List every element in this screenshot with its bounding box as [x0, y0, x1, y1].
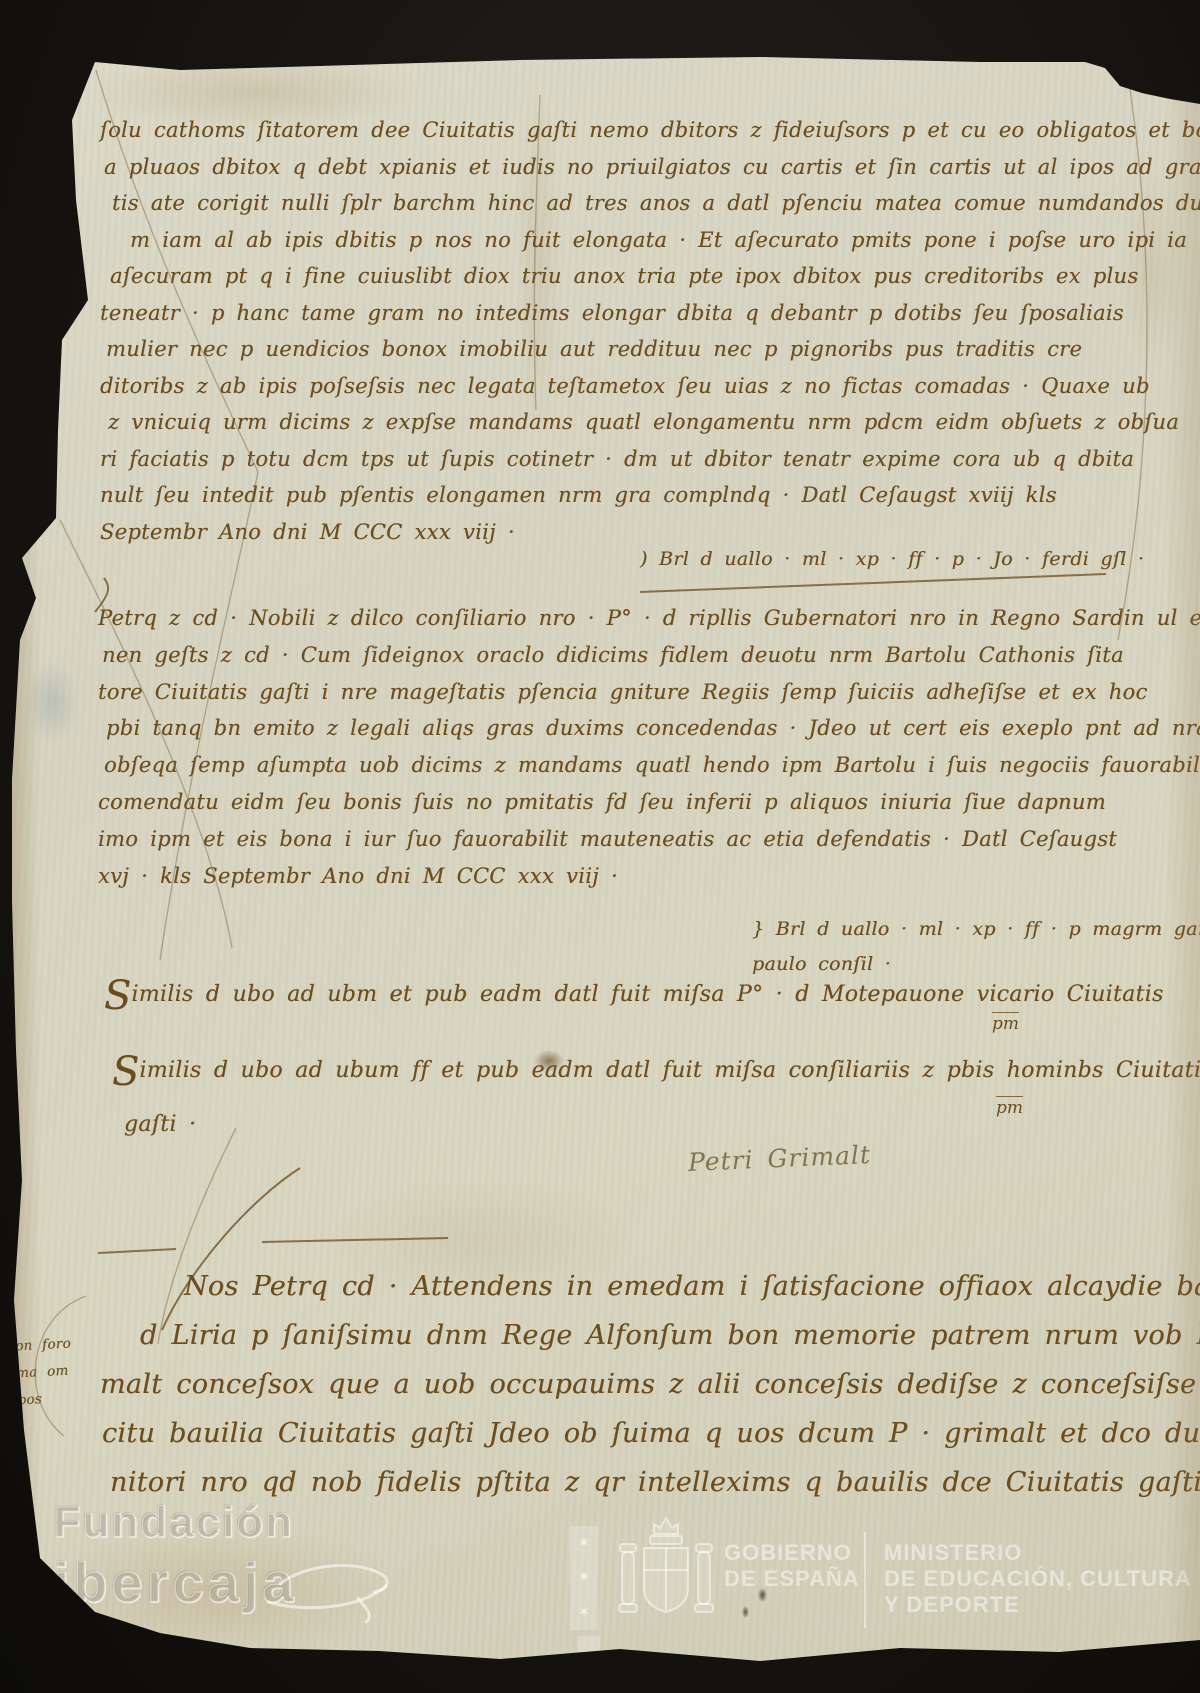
ink-speck	[742, 1606, 749, 1618]
star-icon: ✶	[579, 1570, 590, 1585]
watermark-gobierno-de-espana: GOBIERNO DE ESPAÑA	[724, 1540, 860, 1592]
manuscript-text-line: mulier nec p uendicios bonox imobiliu au…	[106, 331, 1110, 368]
age-stain	[24, 660, 80, 744]
idem-mark-2: pm	[996, 1096, 1023, 1118]
archive-photo-stage: ſolu cathoms ſitatorem dee Ciuitatis gaſ…	[0, 0, 1200, 1693]
registration-text: imilis d ubo ad ubum ff et pub eadm datl…	[139, 1058, 1200, 1083]
gobierno-line2: DE ESPAÑA	[724, 1566, 860, 1592]
pen-dash	[98, 1248, 176, 1254]
watermark-divider	[864, 1532, 866, 1628]
manuscript-text-line: ri faciatis p totu dcm tps ut ſupis coti…	[100, 441, 1110, 478]
manuscript-text-line: } Brl d uallo · ml · xp · ff · p magrm g…	[752, 912, 1200, 947]
star-icon: ✶	[579, 1536, 590, 1551]
manuscript-text-line: pos	[17, 1385, 75, 1415]
manuscript-text-line: obſeqa ſemp aſumpta uob dicims z mandams…	[104, 747, 1113, 784]
spain-coat-of-arms-icon	[614, 1512, 718, 1636]
signature-petri-grimalt: Petri Grimalt	[687, 1140, 871, 1177]
paragraph-commendatitia: Petrq z cd · Nobili z dilco conſiliario …	[98, 600, 1113, 894]
ministerio-line3: Y DEPORTE	[884, 1592, 1192, 1618]
manuscript-page: ſolu cathoms ſitatorem dee Ciuitatis gaſ…	[0, 0, 1200, 1693]
decorated-initial: S	[112, 1049, 139, 1095]
manuscript-text-line: imo ipm et eis bona i iur ſuo fauorabili…	[98, 821, 1113, 858]
manuscript-text-line: ditoribs z ab ipis poſseſsis nec legata …	[100, 368, 1110, 405]
ink-speck	[758, 1588, 767, 1602]
manuscript-text-line: nen geſts z cd · Cum ſideignox oraclo di…	[102, 637, 1113, 674]
manuscript-text-line: a pluaos dbitox q debt xpianis et iudis …	[104, 149, 1110, 186]
manuscript-text-line: teneatr · p hanc tame gram no intedims e…	[100, 295, 1110, 332]
manuscript-text-line: ) Brl d uallo · ml · xp · ff · p · Jo · …	[640, 548, 1144, 570]
registration-text: imilis d ubo ad ubm et pub eadm datl fui…	[131, 982, 1163, 1007]
idem-mark-1: pm	[992, 1012, 1019, 1034]
manuscript-text-line: citu bauilia Ciuitatis gaſti Jdeo ob ſui…	[102, 1409, 1186, 1458]
manuscript-text-line: ma om	[15, 1358, 73, 1388]
ministerio-line1: MINISTERIO	[884, 1540, 1192, 1566]
margin-note: pn foroma ompos	[14, 1331, 75, 1415]
decorated-initial: S	[104, 973, 131, 1019]
manuscript-text-line: nitori nro qd nob fidelis pſtita z qr in…	[110, 1458, 1186, 1507]
ibercaja-swoosh-icon	[262, 1550, 402, 1628]
manuscript-text-line: xvj · kls Septembr Ano dni M CCC xxx vii…	[98, 858, 1113, 895]
manuscript-text-line: tis ate corigit nulli ſplr barchm hinc a…	[112, 185, 1110, 222]
manuscript-text-line: pn foro	[14, 1331, 72, 1361]
manuscript-text-line: z vnicuiq urm dicims z expſse mandams qu…	[108, 404, 1110, 441]
manuscript-text-line: nult ſeu intedit pub pſentis elongamen n…	[100, 477, 1110, 514]
manuscript-text-line: paulo conſil ·	[752, 947, 1200, 982]
manuscript-text-line: comendatu eidm ſeu bonis ſuis no pmitati…	[98, 784, 1113, 821]
registration-note-2: Similis d ubo ad ubum ff et pub eadm dat…	[112, 1058, 1200, 1083]
paragraph-elongamentum: ſolu cathoms ſitatorem dee Ciuitatis gaſ…	[100, 112, 1110, 550]
ministerio-line2: DE EDUCACIÓN, CULTURA	[884, 1566, 1192, 1592]
eu-flag-element-base	[578, 1636, 600, 1652]
manuscript-text-line: m iam al ab ipis dbitis p nos no fuit el…	[130, 222, 1110, 259]
manuscript-text-line: Petrq z cd · Nobili z dilco conſiliario …	[98, 600, 1113, 637]
manuscript-text-line: d Liria p ſaniſsimu dnm Rege Alfonſum bo…	[140, 1311, 1186, 1360]
notary-subscription-1: ) Brl d uallo · ml · xp · ff · p · Jo · …	[640, 548, 1144, 570]
manuscript-text-line: malt conceſsox que a uob occupauims z al…	[100, 1360, 1186, 1409]
gobierno-line1: GOBIERNO	[724, 1540, 860, 1566]
manuscript-text-line: aſecuram pt q i fine cuiuslibt diox triu…	[110, 258, 1110, 295]
eu-flag-element: ✶ ✶ ✶	[570, 1526, 598, 1630]
manuscript-text-line: pbi tanq bn emito z legali aliqs gras du…	[106, 710, 1113, 747]
star-icon: ✶	[579, 1605, 590, 1620]
manuscript-text-line: ſolu cathoms ſitatorem dee Ciuitatis gaſ…	[100, 112, 1110, 149]
registration-note-2-catchword: gaſti ·	[124, 1112, 196, 1137]
registration-note-1: Similis d ubo ad ubm et pub eadm datl fu…	[104, 982, 1164, 1007]
paragraph-nos-petrus: Nos Petrq cd · Attendens in emedam i ſat…	[96, 1262, 1186, 1507]
manuscript-text-line: tore Ciuitatis gaſti i nre mageſtatis pſ…	[98, 674, 1113, 711]
notary-subscription-2: } Brl d uallo · ml · xp · ff · p magrm g…	[752, 912, 1200, 982]
manuscript-text-line: Septembr Ano dni M CCC xxx viij ·	[100, 514, 1110, 551]
watermark-ministerio: MINISTERIO DE EDUCACIÓN, CULTURA Y DEPOR…	[884, 1540, 1192, 1618]
manuscript-text-line: Nos Petrq cd · Attendens in emedam i ſat…	[184, 1262, 1186, 1311]
